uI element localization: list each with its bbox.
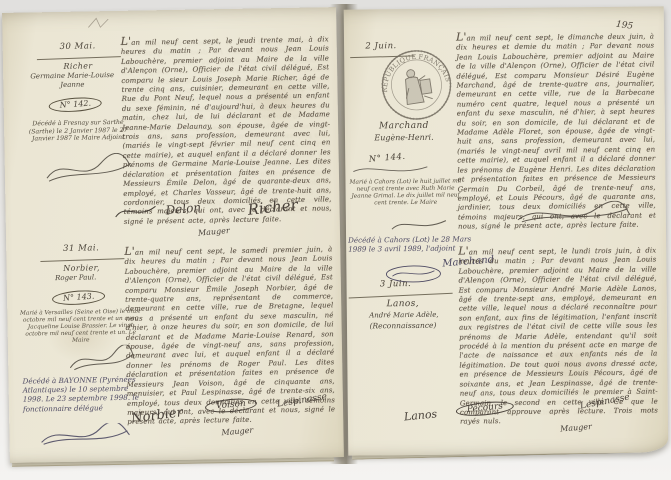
signature-flourish (514, 201, 634, 228)
marriage-annotation-act143: Marié à Versailles (Seine et Oise) le on… (19, 309, 142, 346)
left-page: L'an mil neuf cent sept, le dimanche deu… (2, 7, 344, 463)
margin-surname-lanos: Lanos, (353, 299, 453, 310)
pencil-mark (86, 15, 112, 31)
act-number-142: N° 142. (25, 91, 125, 113)
margin-rule (37, 56, 121, 60)
margin-type-reconnaissance: (Reconnaissance) (347, 320, 459, 330)
margin-givennames-act143: Roger Paul. (17, 273, 135, 283)
margin-date-act143: 31 Mai. (36, 243, 126, 255)
republique-francaise-stamp: RÉPUBLIQUE FRANÇAISE (373, 42, 460, 129)
margin-surname-act144: Marchand (349, 120, 459, 131)
paraph-flourish (351, 163, 431, 178)
margin-givennames-act144: Eugène-Henri. (349, 132, 459, 142)
margin-date-act142: 30 Mai. (33, 41, 123, 53)
signature-mauger: Mauger (198, 226, 230, 238)
scanned-register-spread: L'an mil neuf cent sept, le dimanche deu… (0, 0, 671, 480)
signature-flourish (390, 215, 450, 236)
act-142-text: L'an mil neuf cent sept, le jeudi trente… (121, 33, 332, 227)
signature-mauger-2: Mauger (221, 426, 253, 438)
death-annotation-act142: Décédé à Fresnay sur Sarthe (Sarthe) le … (20, 119, 136, 144)
act-number-143: N° 143. (29, 284, 129, 306)
marriage-annotation-act144: Marié à Cahors (Lot) le huit juillet mil… (349, 178, 461, 207)
right-page: L'an mil neuf cent sept, le samedi premi… (344, 6, 669, 455)
margin-givennames-lanos: André Marie Adèle, (349, 310, 459, 319)
signature-flourish (37, 423, 133, 451)
margin-rule-long (349, 293, 453, 299)
margin-rule (40, 258, 124, 262)
signature-flourish (113, 200, 159, 223)
margin-surname-act143: Norbier, (31, 263, 131, 274)
signature-flourish (43, 153, 136, 189)
margin-date-reconnaissance: 3 Juin. (361, 279, 431, 290)
signature-mauger-3: Mauger (560, 422, 592, 434)
signature-lanos: Lanos (403, 407, 437, 423)
margin-surname-act142: Richer (28, 61, 128, 72)
margin-givennames2-act142: Jeanne (13, 80, 131, 90)
